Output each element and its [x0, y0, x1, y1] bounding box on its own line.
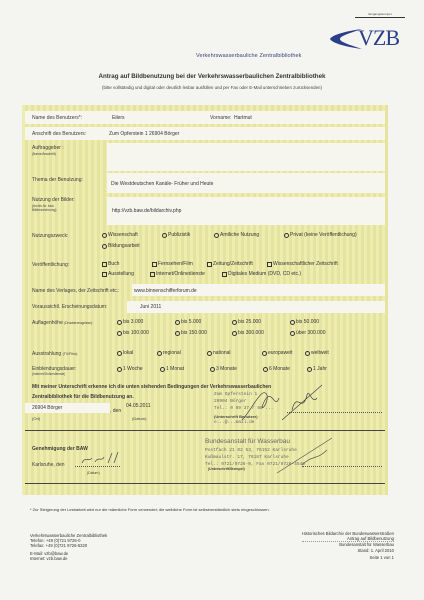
organization-name: Verkehrswasserbauliche Zentralbibliothek [196, 53, 302, 59]
radio-amtliche-nutzung[interactable]: Amtliche Nutzung [214, 232, 259, 238]
datum-field[interactable]: 04.05.2011 [126, 403, 151, 409]
radio-bis-50000[interactable]: bis 50.000 [290, 319, 319, 325]
erscheinungsdatum-field[interactable]: Juni 2011 [140, 304, 161, 310]
den-label: , den [110, 408, 121, 414]
auftraggeber-label: Auftraggeber : [32, 145, 64, 151]
radio-icon [263, 367, 268, 372]
checkbox-fernsehen[interactable]: Fernsehen/Film [152, 261, 193, 267]
approval-signature-icon [272, 435, 342, 475]
divider [25, 430, 385, 431]
receipt-stamp-box: Eingangsstempel [355, 12, 405, 18]
agreement-text-line1: Mit meiner Unterschrift erkenne ich die … [32, 384, 271, 390]
radio-icon [117, 331, 122, 336]
vorname-field[interactable]: Hartmut [234, 115, 252, 121]
radio-icon [207, 351, 212, 356]
checkbox-icon [267, 262, 272, 267]
radio-lokal[interactable]: lokal [117, 350, 133, 356]
radio-1-jahr[interactable]: 1 Jahr [307, 366, 327, 372]
approval-date-label: (Datum) [87, 471, 100, 475]
auftraggeber-sublabel: (Name/Anschrift) [32, 152, 56, 156]
erscheinungsdatum-label: Voraussichtl. Erscheinungsdatum: [32, 304, 107, 310]
radio-national[interactable]: national [207, 350, 231, 356]
ausstrahlung-label: Ausstrahlung (TV/Film): [32, 351, 78, 357]
checkbox-wissenschaftliche-zeitschrift[interactable]: Wissenschaftlicher Zeitschrift [267, 261, 338, 267]
radio-icon [117, 351, 122, 356]
logo-text: VZB [358, 27, 399, 49]
radio-icon [284, 233, 289, 238]
radio-icon [175, 331, 180, 336]
radio-icon [117, 320, 122, 325]
radio-icon [232, 331, 237, 336]
radio-bis-150000[interactable]: bis 150.000 [175, 330, 207, 336]
radio-icon [162, 233, 167, 238]
user-signature-icon [237, 380, 327, 425]
approval-date-handwritten-icon [80, 448, 125, 468]
radio-europaweit[interactable]: europaweit [262, 350, 292, 356]
datum-label: (Datum) [132, 416, 146, 421]
radio-icon [102, 233, 107, 238]
vzb-logo: VZB [328, 27, 408, 49]
radio-icon [214, 233, 219, 238]
checkbox-icon [222, 272, 227, 277]
checkbox-digitales-medium[interactable]: Digitales Medium (DVD, CD etc.) [222, 271, 301, 277]
ort-label: (Ort) [32, 416, 40, 421]
checkbox-buch[interactable]: Buch [102, 261, 119, 267]
nutzung-field[interactable]: http://vzb.baw.de/bildarchiv.php [112, 208, 181, 214]
radio-bis-5000[interactable]: bis 5.000 [175, 319, 201, 325]
radio-6-monate[interactable]: 6 Monate [263, 366, 290, 372]
checkbox-icon [207, 262, 212, 267]
radio-icon [307, 367, 312, 372]
nutzungszweck-label: Nutzungszweck: [32, 233, 68, 239]
radio-publizistik[interactable]: Publizistik [162, 232, 190, 238]
radio-icon [305, 351, 310, 356]
radio-1-woche[interactable]: 1 Woche [117, 366, 143, 372]
anschrift-field[interactable]: Zum Opferstein 1 26904 Börger [109, 131, 179, 137]
radio-icon [290, 331, 295, 336]
radio-icon [160, 367, 165, 372]
radio-regional[interactable]: regional [157, 350, 181, 356]
footer-website[interactable]: Internet: vzb.baw.de [30, 556, 107, 561]
radio-icon [157, 351, 162, 356]
radio-bis-100000[interactable]: bis 100.000 [117, 330, 149, 336]
ort-field[interactable]: 26904 Börger [32, 405, 62, 411]
footer-right: Historisches Bildarchiv der Bundeswasser… [302, 531, 394, 560]
name-field[interactable]: Eilers [112, 115, 125, 121]
radio-1-monat[interactable]: 1 Monat [160, 366, 184, 372]
radio-ueber-300000[interactable]: über 300.000 [290, 330, 325, 336]
radio-bis-3000[interactable]: bis 3.000 [117, 319, 143, 325]
auflagenhoehe-label: Auflagenhöhe (Druckerzeugnisse): [32, 320, 93, 326]
radio-privat[interactable]: Privat (keine Veröffentlichung) [284, 232, 357, 238]
radio-icon [290, 320, 295, 325]
footer-left: Verkehrswasserbauliche Zentralbibliothek… [30, 533, 107, 561]
name-label: Name des Benutzers*: [32, 115, 82, 121]
erscheinungsdatum-row [127, 301, 385, 313]
agreement-text-line2: Zentralbibliothek für die Bildbenutzung … [32, 394, 134, 400]
anschrift-label: Anschrift des Benutzers: [32, 131, 86, 137]
approval-signature-label: (Unterschrift/Stempel) [208, 467, 245, 471]
page-number: Seite 1 von 1 [302, 555, 394, 560]
checkbox-internet[interactable]: Internet/Onlinedienste [150, 271, 205, 277]
radio-icon [117, 367, 122, 372]
radio-bis-300000[interactable]: bis 300.000 [232, 330, 264, 336]
checkbox-icon [150, 272, 155, 277]
einblendungsdauer-sublabel: (Internet/Onlinedienste) [32, 372, 65, 376]
checkbox-ausstellung[interactable]: Ausstellung [102, 271, 134, 277]
radio-weltweit[interactable]: weltweit [305, 350, 329, 356]
checkbox-icon [102, 262, 107, 267]
footnote: * Zur Steigerung der Lesbarkeit wird nur… [30, 507, 270, 512]
radio-icon [262, 351, 267, 356]
vorname-label: Vorname: [210, 115, 231, 121]
page-subtitle: (bitte vollständig und digital oder deut… [0, 85, 424, 90]
veroeffentlichung-label: Veröffentlichung: [32, 262, 69, 268]
form-area: Name des Benutzers*: Eilers Vorname: Har… [22, 105, 388, 495]
divider [25, 483, 385, 484]
radio-wissenschaft[interactable]: Wissenschaft [102, 232, 138, 238]
radio-icon [210, 367, 215, 372]
verlag-label: Name des Verlages, der Zeitschrift etc.: [32, 288, 120, 294]
radio-icon [232, 320, 237, 325]
approval-place: Karlsruhe, den [32, 462, 65, 468]
radio-icon [175, 320, 180, 325]
checkbox-icon [152, 262, 157, 267]
nutzung-label: Nutzung der Bilder: [32, 197, 75, 203]
radio-icon [102, 244, 107, 249]
auftraggeber-field[interactable] [107, 143, 385, 171]
radio-bildungsarbeit[interactable]: Bildungsarbeit [102, 243, 140, 249]
radio-3-monate[interactable]: 3 Monate [210, 366, 237, 372]
thema-field[interactable]: Die Westdeutschen Kanäle- Früher und Heu… [111, 181, 213, 187]
checkbox-icon [102, 272, 107, 277]
thema-label: Thema der Benutzung: [32, 177, 83, 183]
nutzung-sublabel-2: Bildbezeichnung) [32, 208, 56, 212]
radio-bis-25000[interactable]: bis 25.000 [232, 319, 261, 325]
verlag-field[interactable]: www.binnenschifferforum.de [134, 288, 197, 294]
page-title: Antrag auf Bildbenutzung bei der Verkehr… [0, 73, 424, 80]
checkbox-zeitung[interactable]: Zeitung/Zeitschrift [207, 261, 253, 267]
